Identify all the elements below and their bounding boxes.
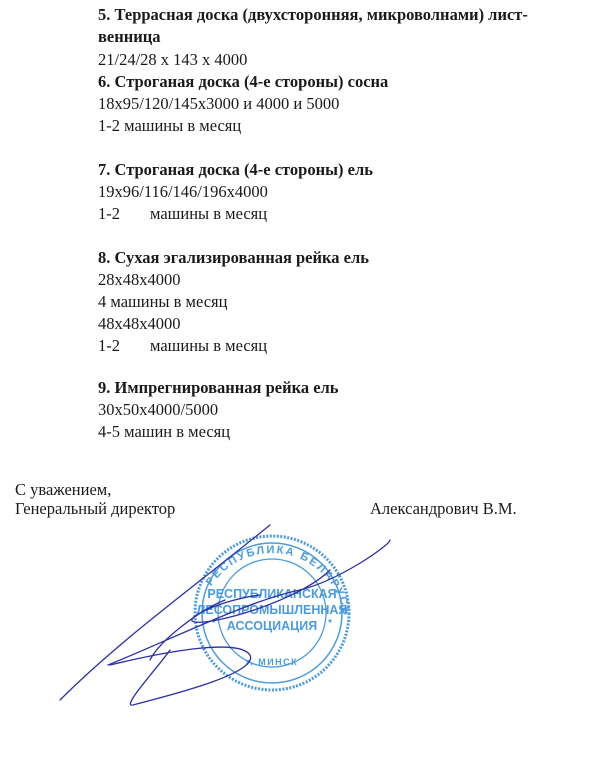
svg-text:РЕСПУБЛИКАНСКАЯ: РЕСПУБЛИКАНСКАЯ [207,587,336,601]
stamp-and-signature: РЕСПУБЛИКА БЕЛАРУСЬ РЕСПУБЛИКАНСКАЯ ЛЕСО… [0,0,591,761]
svg-text:*: * [328,618,332,629]
svg-text:АССОЦИАЦИЯ: АССОЦИАЦИЯ [227,619,317,633]
svg-text:г. МИНСК: г. МИНСК [246,657,298,667]
